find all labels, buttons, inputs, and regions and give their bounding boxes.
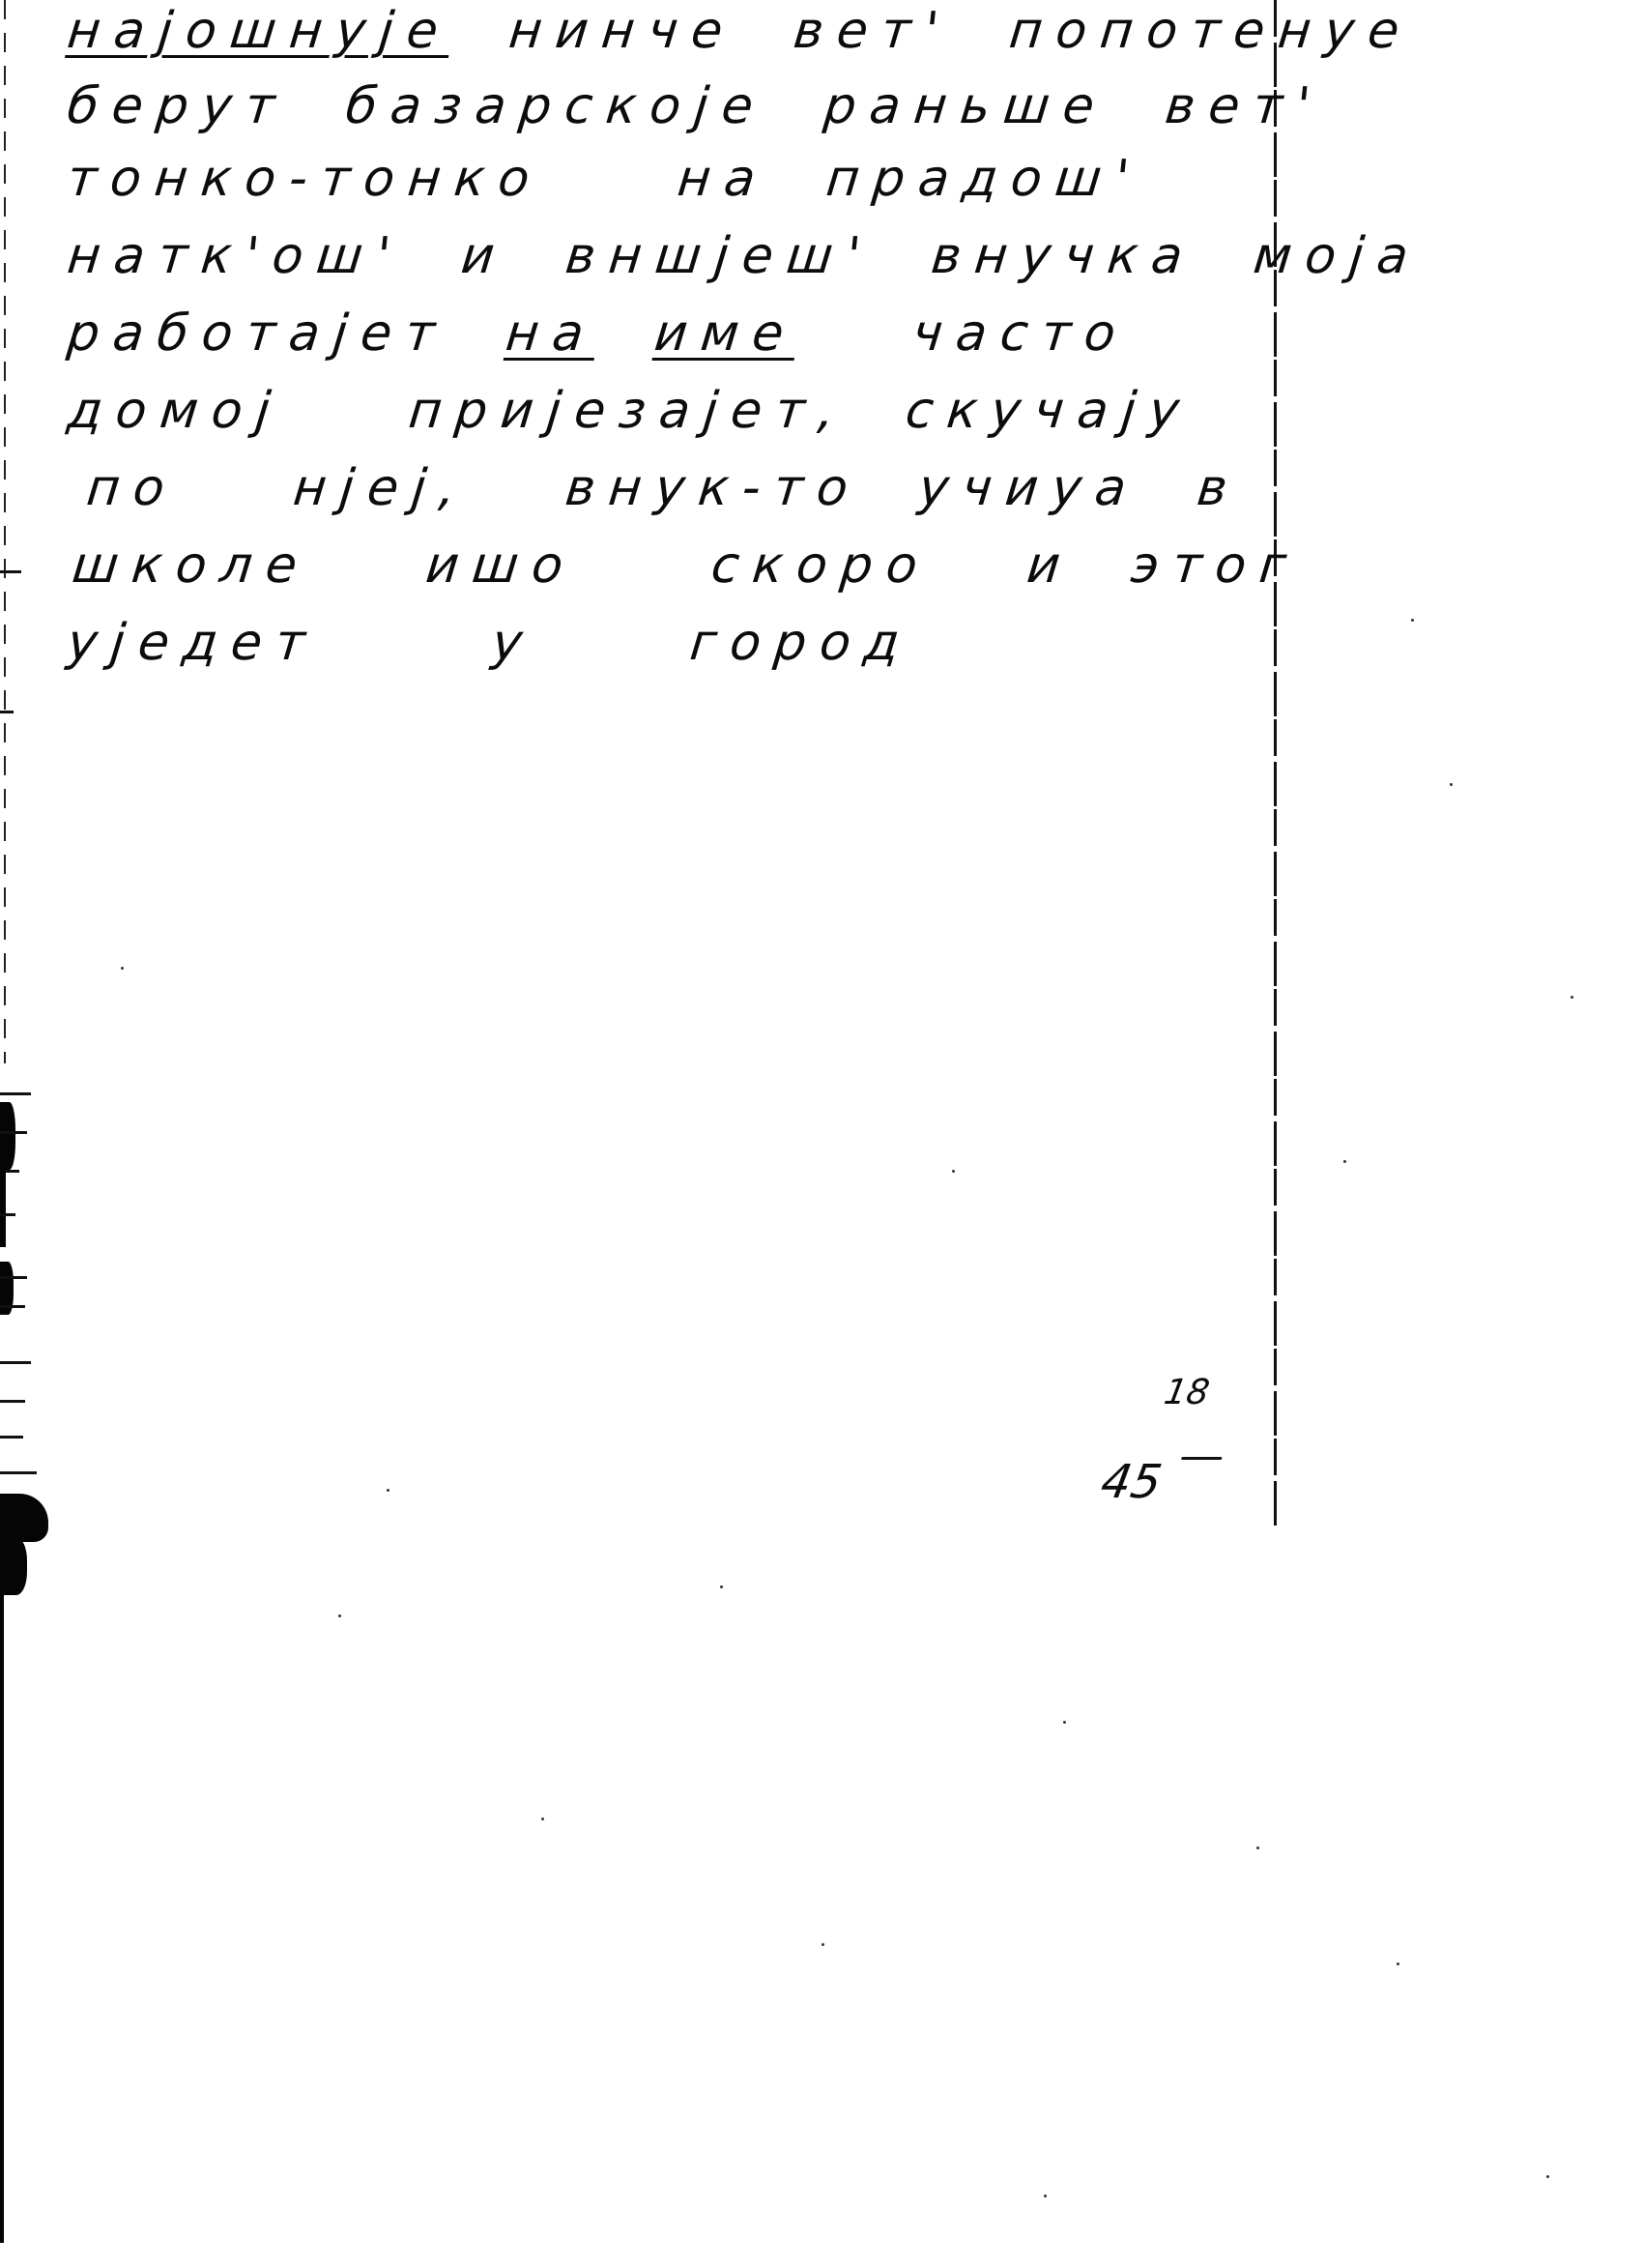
word: в [1195,459,1244,517]
scan-speck [720,1585,723,1588]
left-edge-bar [0,1508,4,2243]
ink-blot [0,1494,48,1542]
scan-speck [1411,619,1414,622]
scan-speck [1256,1846,1259,1849]
scan-speck [1450,783,1453,786]
word: прадош' [823,150,1145,208]
scan-speck [1343,1160,1346,1163]
page-number-lower: 45 [1097,1455,1166,1509]
text-line-4: натк'ош'ивншјеш'внучкамоја [65,227,1483,285]
word: вет' [1163,77,1327,135]
word: и [1024,537,1077,595]
scan-speck [387,1489,389,1492]
margin-tick [0,1131,27,1134]
scan-speck [1044,2195,1047,2197]
text-line-3: тонко-тонконапрадош' [65,150,1203,208]
margin-tick [0,1092,31,1095]
scan-speck [1571,996,1573,999]
margin-tick [0,1276,27,1279]
margin-tick [0,1361,31,1364]
word: нјеј, [291,459,473,517]
text-line-6: домојпријезајет,скучају [65,382,1254,440]
scan-speck [1063,1721,1066,1724]
text-line-2: берутбазарскојераньшевет' [65,77,1384,135]
margin-tick [0,1305,25,1308]
word: по [84,459,181,517]
word: скоро [708,537,934,595]
text-line-1: најошнујенинчевет'попотенуе [65,2,1474,60]
left-margin-rule [4,0,6,1063]
word: работајет [65,305,451,363]
scan-speck [821,1943,824,1946]
scan-speck [541,1817,544,1820]
text-line-8: школеишоскороиэтог [70,537,1361,595]
scan-speck [1546,2175,1549,2178]
ink-streak [0,1160,6,1247]
word: нинче [506,2,739,60]
word: ишо [423,537,580,595]
word: внук-то [562,459,864,517]
text-line-5: работајетнаимечасто [65,305,1190,363]
ink-blot [0,1537,27,1595]
margin-tick [0,1471,37,1474]
word: на [504,305,600,363]
text-line-9: уједетугород [65,614,973,672]
word: берут [65,77,291,135]
margin-tick [0,1436,23,1439]
word: вет' [791,2,955,60]
word: город [687,614,915,672]
word: име [651,305,799,363]
word: скучају [903,382,1196,440]
word: уједет [65,614,322,672]
word: и [458,227,510,285]
word: натк'ош' [65,227,407,285]
margin-tick [0,711,14,713]
word: у [489,614,538,672]
word: пријезајет, [406,382,850,440]
scan-speck [121,967,124,970]
scan-speck [1397,1963,1399,1965]
page-number-upper: 18 [1161,1373,1212,1412]
word: домој [65,382,287,440]
word: вншјеш' [562,227,877,285]
word: тонко-тонко [65,150,546,208]
word: часто [909,305,1132,363]
word: на [675,150,771,208]
word: этог [1129,537,1303,595]
margin-tick [0,1400,25,1403]
scan-speck [338,1614,341,1617]
margin-tick [0,570,21,573]
text-line-7: понјеј,внук-тоучиуав [84,459,1302,517]
word: школе [70,537,313,595]
word: најошнује [65,2,454,60]
left-edge-scan-artifact [0,0,58,2268]
word: базарскоје [343,77,769,135]
word: попотенуе [1007,2,1416,60]
word: моја [1251,227,1425,285]
margin-tick [0,1213,15,1216]
scanned-page: најошнујенинчевет'попотенуе берутбазарск… [0,0,1643,2268]
scan-speck [952,1170,955,1173]
word: внучка [929,227,1199,285]
word: раньше [821,77,1110,135]
word: учиуа [916,459,1142,517]
